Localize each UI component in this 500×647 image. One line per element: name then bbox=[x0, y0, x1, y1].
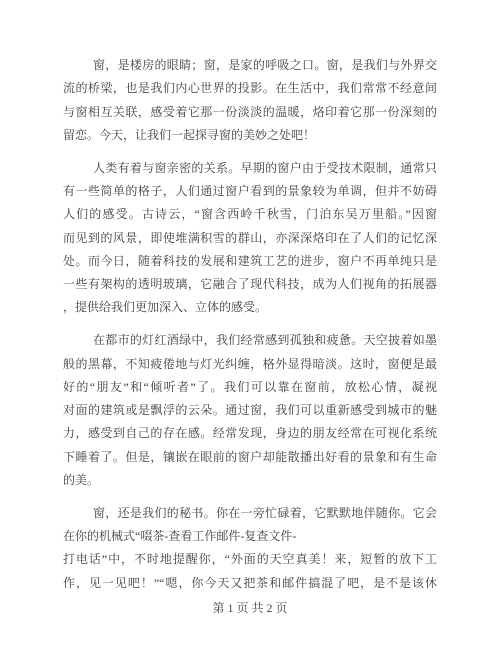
text-line: 人们的感受。古诗云，“窗含西岭千秋雪，门泊东吴万里船。”因窗 bbox=[63, 203, 437, 226]
text-line: 流的桥梁，也是我们内心世界的投影。在生活中，我们常常不经意间 bbox=[63, 77, 437, 100]
paragraph: 窗，是楼房的眼睛；窗，是家的呼吸之口。窗，是我们与外界交流的桥梁，也是我们内心世… bbox=[63, 54, 437, 147]
text-line: 在都市的灯红酒绿中，我们经常感到孤独和疲惫。天空披着如墨 bbox=[63, 329, 437, 352]
paragraph: 在都市的灯红酒绿中，我们经常感到孤独和疲惫。天空披着如墨般的黑幕，不知疲倦地与灯… bbox=[63, 329, 437, 492]
text-line: 力，感受到自己的存在感。经常发现，身边的朋友经常在可视化系统 bbox=[63, 422, 437, 445]
text-line: 般的黑幕，不知疲倦地与灯光纠缠，格外显得暗淡。这时，窗便是最 bbox=[63, 353, 437, 376]
text-line: 窗，还是我们的秘书。你在一旁忙碌着，它默默地伴随你。它会 bbox=[63, 502, 437, 525]
text-line: 在你的机械式“啜茶-查看工作邮件-复查文件- bbox=[63, 525, 437, 548]
text-line: 作，见一见吧！”“嗯，你今天又把茶和邮件搞混了吧，是不是该休 bbox=[63, 572, 437, 595]
page-number-indicator: 第 1 页 共 2 页 bbox=[212, 601, 287, 615]
page-footer: 第 1 页 共 2 页 bbox=[0, 600, 500, 616]
paragraph: 人类有着与窗亲密的关系。早期的窗户由于受技术限制，通常只有一些简单的格子，人们通… bbox=[63, 157, 437, 320]
text-line: ，提供给我们更加深入、立体的感受。 bbox=[63, 296, 437, 319]
text-line: 留恋。今天，让我们一起探寻窗的美妙之处吧！ bbox=[63, 124, 437, 147]
text-line: 而见到的风景，即使堆满积雪的群山，亦深深烙印在了人们的记忆深 bbox=[63, 227, 437, 250]
text-line: 一些有架构的透明玻璃，它融合了现代科技，成为人们视角的拓展器 bbox=[63, 273, 437, 296]
text-line: 打电话”中，不时地提醒你，“外面的天空真美！来，短暂的放下工 bbox=[63, 548, 437, 571]
text-line: 有一些简单的格子，人们通过窗户看到的景象较为单调，但并不妨碍 bbox=[63, 180, 437, 203]
document-page: 窗，是楼房的眼睛；窗，是家的呼吸之口。窗，是我们与外界交流的桥梁，也是我们内心世… bbox=[0, 0, 500, 647]
text-line: 下睡着了。但是，镶嵌在眼前的窗户却能散播出好看的景象和有生命 bbox=[63, 446, 437, 469]
text-line: 的美。 bbox=[63, 469, 437, 492]
document-body: 窗，是楼房的眼睛；窗，是家的呼吸之口。窗，是我们与外界交流的桥梁，也是我们内心世… bbox=[63, 54, 437, 605]
text-line: 窗，是楼房的眼睛；窗，是家的呼吸之口。窗，是我们与外界交 bbox=[63, 54, 437, 77]
text-line: 人类有着与窗亲密的关系。早期的窗户由于受技术限制，通常只 bbox=[63, 157, 437, 180]
text-line: 好的“朋友”和“倾听者”了。我们可以靠在窗前，放松心情，凝视 bbox=[63, 376, 437, 399]
paragraph: 窗，还是我们的秘书。你在一旁忙碌着，它默默地伴随你。它会在你的机械式“啜茶-查看… bbox=[63, 502, 437, 595]
text-line: 对面的建筑或是飘浮的云朵。通过窗，我们可以重新感受到城市的魅 bbox=[63, 399, 437, 422]
text-line: 与窗相互关联，感受着它那一份淡淡的温暖，烙印着它那一份深刻的 bbox=[63, 101, 437, 124]
text-line: 处。而今日，随着科技的发展和建筑工艺的进步，窗户不再单纯只是 bbox=[63, 250, 437, 273]
